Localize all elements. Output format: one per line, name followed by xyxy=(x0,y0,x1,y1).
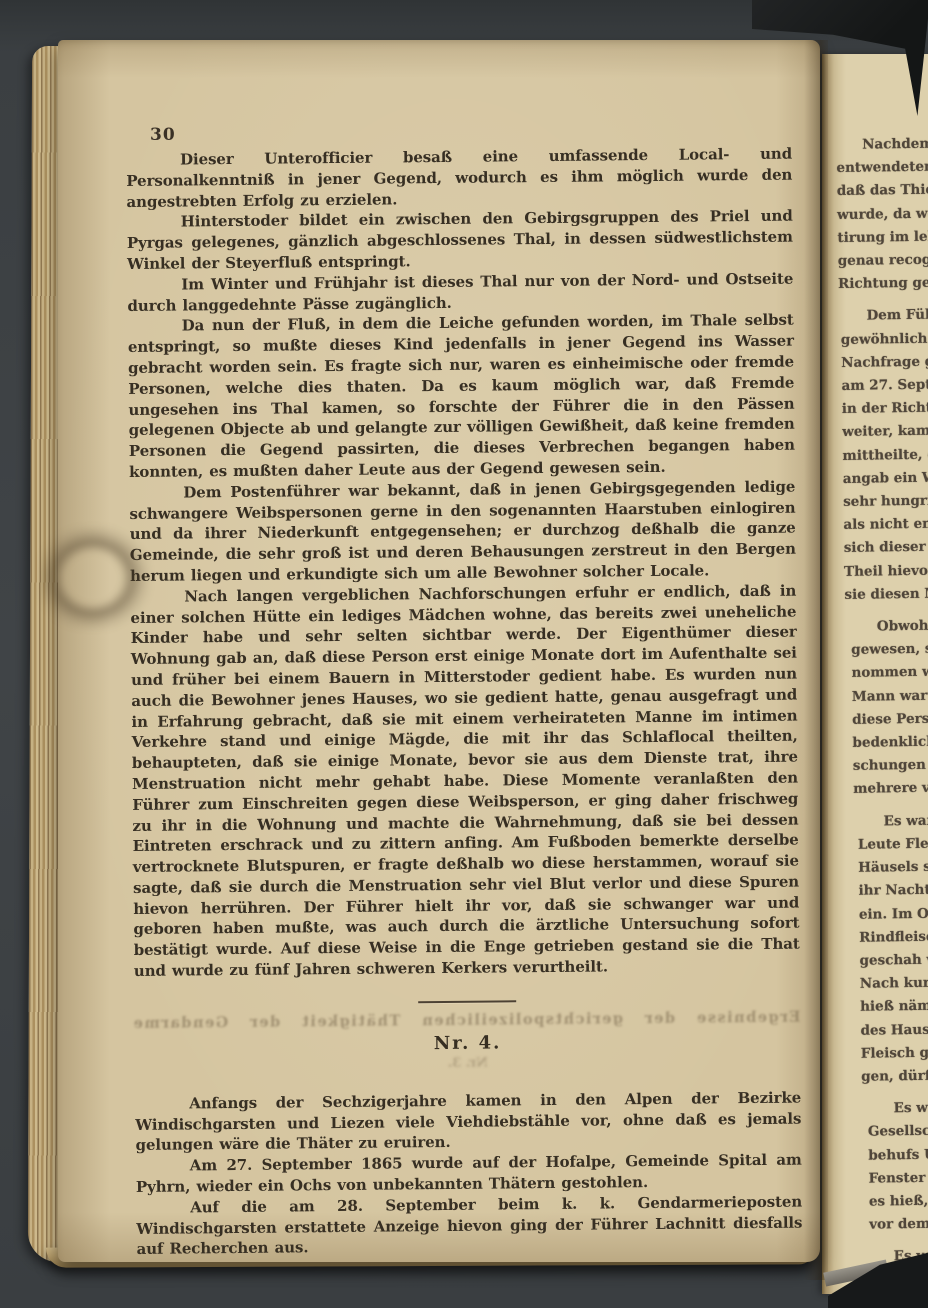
right-page-line: Gesellschaft au xyxy=(868,1120,928,1144)
right-page-line: entwendeten Ochsen g xyxy=(836,156,928,180)
right-page-line: wurde, da wenn die T xyxy=(837,202,928,226)
right-page-line: Nachdem auf xyxy=(836,133,928,157)
right-page-line: Rindfleisch koch xyxy=(859,925,928,949)
bleed-through-text: Ergebnisse der gerichtspolizeilichen Thä… xyxy=(134,1008,800,1031)
book-photo: 30 Dieser Unterofficier besaß eine umfas… xyxy=(0,0,928,1308)
section-divider-rule xyxy=(418,1000,516,1003)
right-page-line: schungen erhobe xyxy=(853,754,928,778)
right-page-line: Obwohl n xyxy=(851,615,928,639)
right-page-line: vor dem Hau xyxy=(869,1213,928,1237)
right-page-line: Mann wartete u xyxy=(852,684,928,708)
right-page-line: Leute Fleisch, s xyxy=(858,833,928,857)
right-page-line: genau recognoscirt un xyxy=(838,249,928,273)
page-number: 30 xyxy=(150,125,176,145)
right-page-line: angab ein Wilddieb xyxy=(843,467,928,491)
right-page-line: sich dieser Mann F xyxy=(844,536,928,560)
right-page-line: Es war xyxy=(857,809,928,833)
right-page-line: Richtung gegen Spita xyxy=(838,272,928,296)
body-paragraph: Hinterstoder bildet ein zwischen den Geb… xyxy=(127,206,794,275)
right-page-line: gewesen, so verm xyxy=(851,638,928,662)
right-page-line: des Hauses ein xyxy=(860,1018,928,1042)
body-paragraph: Da nun der Fluß, in dem die Leiche gefun… xyxy=(128,310,796,483)
page-text-block: Dieser Unterofficier besaß eine umfassen… xyxy=(126,144,803,1261)
right-page-paragraph: Nachdem aufentwendeten Ochsen gdaß das T… xyxy=(836,133,928,297)
right-page-paragraph: Es warLeute Fleisch, sHäusels starkerihr… xyxy=(845,809,928,1089)
section-paragraph: Anfangs der Sechzigerjahre kamen in den … xyxy=(135,1087,802,1156)
right-page-line: Es wu xyxy=(867,1097,928,1121)
right-page-line: ein. Im Ofen xyxy=(859,902,928,926)
right-page-line: diese Personen i xyxy=(852,708,928,732)
right-page-line: Nachfrage gehalten un xyxy=(841,351,928,375)
right-page-line: hieß nämlich, d xyxy=(860,995,928,1019)
right-page-line: mittheilte, daß am T xyxy=(842,443,928,467)
right-page-line: Dem Führer w xyxy=(840,304,928,328)
section-paragraph: Am 27. September 1865 wurde auf der Hofa… xyxy=(136,1150,802,1198)
right-page-paragraph: Es wuGesellschaft aubehufs UebernFenster… xyxy=(849,1097,928,1237)
body-paragraph: Dieser Unterofficier besaß eine umfassen… xyxy=(126,144,793,213)
body-paragraph: Nach langen vergeblichen Nachforschungen… xyxy=(130,580,800,982)
right-page-line: weiter, kam zu einer xyxy=(842,420,928,444)
section-paragraphs: Anfangs der Sechzigerjahre kamen in den … xyxy=(135,1087,803,1260)
right-page-line: ihr Nachtmahl xyxy=(858,879,928,903)
right-page-line: Fleisch gebrach xyxy=(861,1041,928,1065)
right-page-line: Nach kurzer Ze xyxy=(860,972,928,996)
right-page-text: Nachdem aufentwendeten Ochsen gdaß das T… xyxy=(836,133,928,1302)
right-page-line: als nicht entehrend xyxy=(843,513,928,537)
right-page-line: sehr hungrig sei. xyxy=(843,490,928,514)
right-page-line: in der Richtung gege xyxy=(842,397,928,421)
body-paragraphs: Dieser Unterofficier besaß eine umfassen… xyxy=(126,144,800,982)
right-page-line: gewöhnlich in den Wä xyxy=(841,327,928,351)
right-page-line: es hieß, daß v xyxy=(869,1190,928,1214)
right-page-paragraph: Dem Führer wgewöhnlich in den WäNachfrag… xyxy=(838,304,928,607)
right-page-line: daß das Thier geschla xyxy=(837,179,928,203)
right-page-line: nommen werden xyxy=(851,661,928,685)
section-paragraph: Auf die am 28. September beim k. k. Gend… xyxy=(136,1191,803,1260)
right-page-line: bedenklicher Orte xyxy=(852,731,928,755)
right-page-line: tirung im lebenden Zu xyxy=(837,226,928,250)
right-page-paragraph: Obwohl ngewesen, so vermnommen werdenMan… xyxy=(843,615,928,802)
right-page-line: Theil hievon und r xyxy=(844,559,928,583)
body-paragraph: Im Winter und Frühjahr ist dieses Thal n… xyxy=(127,268,793,316)
right-page-line: sie diesen Mann in xyxy=(844,583,928,607)
right-page-line: behufs Uebern xyxy=(868,1143,928,1167)
right-page-line: mehrere verdächt xyxy=(853,777,928,801)
right-page-line: gen, dürften je xyxy=(861,1065,928,1089)
right-page-line: Fenster gut v xyxy=(868,1166,928,1190)
body-paragraph: Dem Postenführer war bekannt, daß in jen… xyxy=(129,476,796,586)
right-page-line: am 27. Sept. von xyxy=(841,374,928,398)
right-page-line: geschah war, da xyxy=(859,949,928,973)
right-page-line: Häusels starker xyxy=(858,856,928,880)
page-holder-shadow xyxy=(40,526,150,630)
